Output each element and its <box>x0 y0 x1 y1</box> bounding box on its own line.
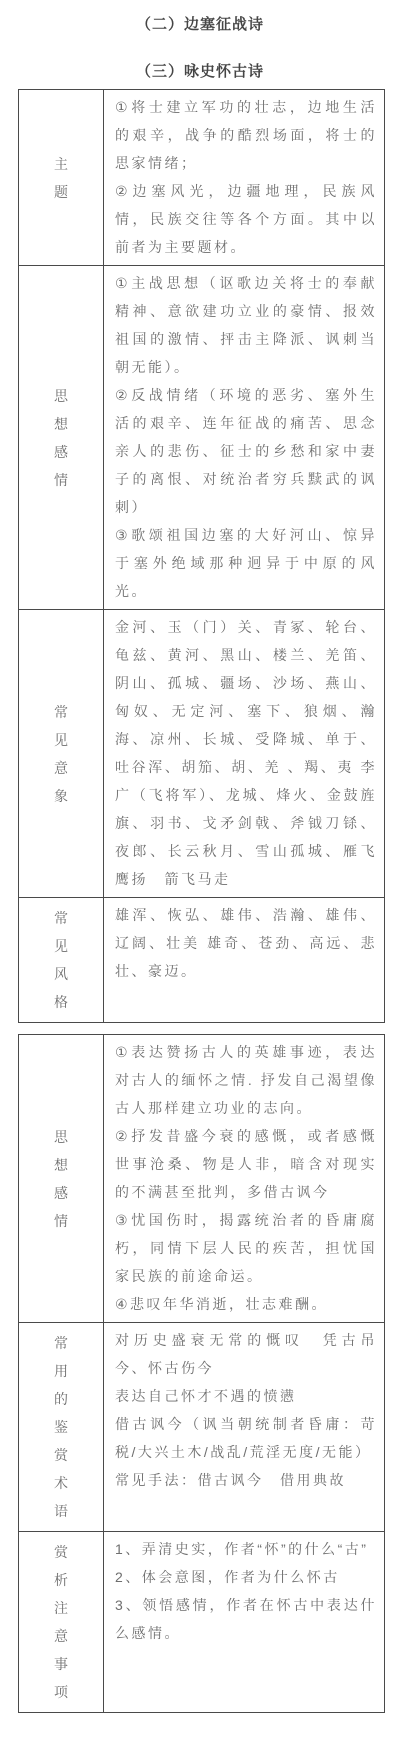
paragraph: ③歌颂祖国边塞的大好河山、惊异于塞外绝域那种迥异于中原的风光。 <box>115 521 377 605</box>
row-content-cell: 1、弄清史实，作者“怀”的什么“古” 2、体会意图，作者为什么怀古 3、领悟感情… <box>104 1532 384 1712</box>
document-page: （二）边塞征战诗 （三）咏史怀古诗 主题 ①将士建立军功的壮志，边地生活的艰辛，… <box>0 0 400 1747</box>
paragraph: ②边塞风光，边疆地理，民族风情，民族交往等各个方面。其中以前者为主要题材。 <box>115 177 377 261</box>
paragraph: 金河、玉（门）关、青冢、轮台、龟兹、黄河、黑山、楼兰、羌笛、阴山、孤城、疆场、沙… <box>115 613 377 893</box>
paragraph: ②反战情绪（环境的恶劣、塞外生活的艰辛、连年征战的痛苦、思念亲人的悲伤、征士的乡… <box>115 381 377 521</box>
row-label-cell: 思想感情 <box>19 1035 104 1322</box>
section-heading-history-poetry: （三）咏史怀古诗 <box>0 61 400 83</box>
table-row-thoughts-feelings: 思想感情 ①表达赞扬古人的英雄事迹，表达对古人的缅怀之情. 抒发自己渴望像古人那… <box>19 1035 384 1322</box>
table-row-theme: 主题 ①将士建立军功的壮志，边地生活的艰辛，战争的酷烈场面，将士的思家情绪； ②… <box>19 90 384 265</box>
section-heading-frontier-poetry: （二）边塞征战诗 <box>0 0 400 36</box>
row-label-cell: 常见风格 <box>19 898 104 1022</box>
paragraph: 表达自己怀才不遇的愤懑 <box>115 1382 377 1410</box>
row-content-cell: 金河、玉（门）关、青冢、轮台、龟兹、黄河、黑山、楼兰、羌笛、阴山、孤城、疆场、沙… <box>104 610 384 897</box>
row-label-cell: 赏析注意事项 <box>19 1532 104 1712</box>
paragraph: ①表达赞扬古人的英雄事迹，表达对古人的缅怀之情. 抒发自己渴望像古人那样建立功业… <box>115 1038 377 1122</box>
row-content-cell: ①将士建立军功的壮志，边地生活的艰辛，战争的酷烈场面，将士的思家情绪； ②边塞风… <box>104 90 384 265</box>
paragraph: 2、体会意图，作者为什么怀古 <box>115 1563 377 1591</box>
poetry-analysis-table-2: 思想感情 ①表达赞扬古人的英雄事迹，表达对古人的缅怀之情. 抒发自己渴望像古人那… <box>18 1034 385 1713</box>
row-label: 主题 <box>54 150 69 206</box>
paragraph: ①主战思想（讴歌边关将士的奉献精神、意欲建功立业的豪情、报效祖国的激情、抨击主降… <box>115 269 377 381</box>
row-label-cell: 主题 <box>19 90 104 265</box>
paragraph: 对历史盛衰无常的慨叹 凭古吊今、怀古伤今 <box>115 1326 377 1382</box>
row-label: 思想感情 <box>54 382 69 494</box>
table-row-common-style: 常见风格 雄浑、恢弘、雄伟、浩瀚、雄伟、辽阔、壮美 雄奇、苍劲、高远、悲壮、豪迈… <box>19 897 384 1022</box>
paragraph: 雄浑、恢弘、雄伟、浩瀚、雄伟、辽阔、壮美 雄奇、苍劲、高远、悲壮、豪迈。 <box>115 901 377 985</box>
table-row-common-imagery: 常见意象 金河、玉（门）关、青冢、轮台、龟兹、黄河、黑山、楼兰、羌笛、阴山、孤城… <box>19 609 384 897</box>
row-label: 思想感情 <box>54 1123 69 1235</box>
paragraph: ④悲叹年华消逝，壮志难酬。 <box>115 1290 377 1318</box>
row-label: 常用的鉴赏术语 <box>54 1329 69 1525</box>
poetry-analysis-table-1: 主题 ①将士建立军功的壮志，边地生活的艰辛，战争的酷烈场面，将士的思家情绪； ②… <box>18 89 385 1023</box>
row-content-cell: 雄浑、恢弘、雄伟、浩瀚、雄伟、辽阔、壮美 雄奇、苍劲、高远、悲壮、豪迈。 <box>104 898 384 1022</box>
paragraph: 1、弄清史实，作者“怀”的什么“古” <box>115 1535 377 1563</box>
row-label-cell: 常用的鉴赏术语 <box>19 1323 104 1531</box>
paragraph: ②抒发昔盛今衰的感慨，或者感慨世事沧桑、物是人非，暗含对现实的不满甚至批判，多借… <box>115 1122 377 1206</box>
row-label: 常见风格 <box>54 904 69 1016</box>
paragraph: 借古讽今（讽当朝统制者昏庸：苛税/大兴土木/战乱/荒淫无度/无能） <box>115 1410 377 1466</box>
paragraph: 3、领悟感情，作者在怀古中表达什么感情。 <box>115 1591 377 1647</box>
row-label: 常见意象 <box>54 698 69 810</box>
table-row-appreciation-terms: 常用的鉴赏术语 对历史盛衰无常的慨叹 凭古吊今、怀古伤今 表达自己怀才不遇的愤懑… <box>19 1322 384 1531</box>
row-label-cell: 常见意象 <box>19 610 104 897</box>
paragraph: ①将士建立军功的壮志，边地生活的艰辛，战争的酷烈场面，将士的思家情绪； <box>115 93 377 177</box>
row-label: 赏析注意事项 <box>54 1538 69 1706</box>
paragraph: 常见手法：借古讽今 借用典故 <box>115 1466 377 1494</box>
row-content-cell: ①主战思想（讴歌边关将士的奉献精神、意欲建功立业的豪情、报效祖国的激情、抨击主降… <box>104 266 384 609</box>
table-row-analysis-notes: 赏析注意事项 1、弄清史实，作者“怀”的什么“古” 2、体会意图，作者为什么怀古… <box>19 1531 384 1712</box>
paragraph: ③忧国伤时，揭露统治者的昏庸腐朽，同情下层人民的疾苦，担忧国家民族的前途命运。 <box>115 1206 377 1290</box>
row-label-cell: 思想感情 <box>19 266 104 609</box>
row-content-cell: ①表达赞扬古人的英雄事迹，表达对古人的缅怀之情. 抒发自己渴望像古人那样建立功业… <box>104 1035 384 1322</box>
row-content-cell: 对历史盛衰无常的慨叹 凭古吊今、怀古伤今 表达自己怀才不遇的愤懑 借古讽今（讽当… <box>104 1323 384 1531</box>
table-row-thoughts-feelings: 思想感情 ①主战思想（讴歌边关将士的奉献精神、意欲建功立业的豪情、报效祖国的激情… <box>19 265 384 609</box>
